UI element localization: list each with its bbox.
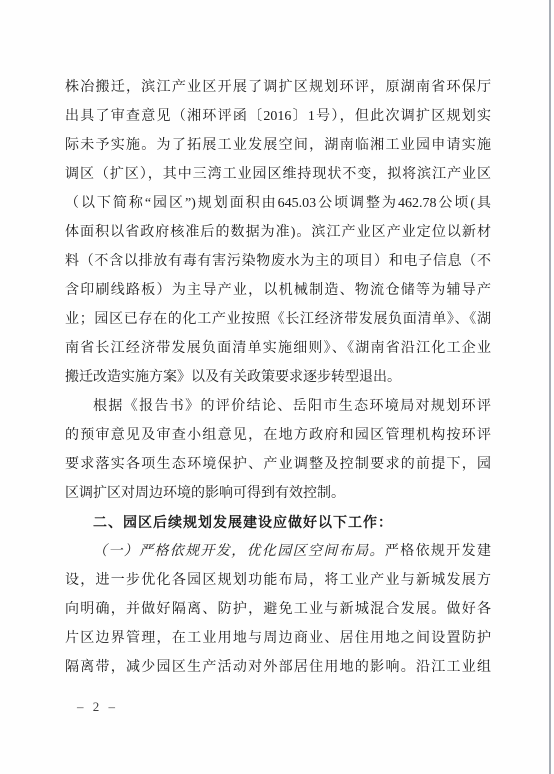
text-line: 株冶搬迁，滨江产业区开展了调扩区规划环评，原湖南省环保厅 xyxy=(65,73,491,102)
text-line: 际未予实施。为了拓展工业发展空间，湖南临湘工业园申请实施 xyxy=(65,131,491,160)
text-line: 设，进一步优化各园区规划功能布局，将工业产业与新城发展方 xyxy=(65,566,491,595)
text-run: 调区（扩区），其中三湾工业园区维持现状不变，拟将滨江产业区 xyxy=(65,167,491,182)
text-run: 的预审意见及审查小组意见，在地方政府和园区管理机构按环评 xyxy=(65,428,491,443)
text-run: 二、园区后续规划发展建设应做好以下工作： xyxy=(93,514,393,530)
section-heading: 二、园区后续规划发展建设应做好以下工作： xyxy=(65,508,491,537)
text-line: 业；园区已存在的化工产业按照《长江经济带发展负面清单》、《湖 xyxy=(65,305,491,334)
text-line: （一）严格依规开发，优化园区空间布局。严格依规开发建 xyxy=(65,537,491,566)
text-line: 含印刷线路板）为主导产业，以机械制造、物流仓储等为辅导产 xyxy=(65,276,491,305)
text-run: （以下简称“园区”)规划面积由645.03公顷调整为462.78公顷(具 xyxy=(65,196,491,211)
text-line: 隔离带，减少园区生产活动对外部居住用地的影响。沿江工业组 xyxy=(65,653,491,682)
text-line: 片区边界管理，在工业用地与周边商业、居住用地之间设置防护 xyxy=(65,624,491,653)
text-line: 体面积以省政府核准后的数据为准)。滨江产业区产业定位以新材 xyxy=(65,218,491,247)
text-run: 业；园区已存在的化工产业按照《长江经济带发展负面清单》、《湖 xyxy=(65,312,491,327)
text-run: 设，进一步优化各园区规划功能布局，将工业产业与新城发展方 xyxy=(65,573,491,588)
text-run: 含印刷线路板）为主导产业，以机械制造、物流仓储等为辅导产 xyxy=(65,283,491,298)
text-line: （以下简称“园区”)规划面积由645.03公顷调整为462.78公顷(具 xyxy=(65,189,491,218)
text-run: 区调扩区对周边环境的影响可得到有效控制。 xyxy=(65,486,345,501)
text-run: 际未予实施。为了拓展工业发展空间，湖南临湘工业园申请实施 xyxy=(65,138,491,153)
text-run: 根据《报告书》的评价结论、岳阳市生态环境局对规划环评 xyxy=(93,399,491,414)
text-run: 株冶搬迁，滨江产业区开展了调扩区规划环评，原湖南省环保厅 xyxy=(65,80,491,95)
text-line: 搬迁改造实施方案》以及有关政策要求逐步转型退出。 xyxy=(65,363,491,392)
document-page: 株冶搬迁，滨江产业区开展了调扩区规划环评，原湖南省环保厅出具了审查意见（湘环评函… xyxy=(0,0,554,774)
text-line: 南省长江经济带发展负面清单实施细则》、《湖南省沿江化工企业 xyxy=(65,334,491,363)
text-run: 要求落实各项生态环境保护、产业调整及控制要求的前提下，园 xyxy=(65,457,491,472)
text-run: 料（不含以排放有毒有害污染物废水为主的项目）和电子信息（不 xyxy=(65,254,491,269)
text-line: 区调扩区对周边环境的影响可得到有效控制。 xyxy=(65,479,491,508)
text-line: 的预审意见及审查小组意见，在地方政府和园区管理机构按环评 xyxy=(65,421,491,450)
text-run: 出具了审查意见（湘环评函〔2016〕1号），但此次调扩区规划实 xyxy=(65,109,491,124)
text-run: 隔离带，减少园区生产活动对外部居住用地的影响。沿江工业组 xyxy=(65,660,491,675)
text-run: 向明确，并做好隔离、防护，避免工业与新城混合发展。做好各 xyxy=(65,602,491,617)
text-run: 体面积以省政府核准后的数据为准)。滨江产业区产业定位以新材 xyxy=(65,225,491,240)
page-number: – 2 – xyxy=(77,698,118,716)
text-run: 严格依规开发建 xyxy=(385,544,491,559)
text-line: 出具了审查意见（湘环评函〔2016〕1号），但此次调扩区规划实 xyxy=(65,102,491,131)
text-run: 片区边界管理，在工业用地与周边商业、居住用地之间设置防护 xyxy=(65,631,491,646)
text-run: （一）严格依规开发，优化园区空间布局。 xyxy=(93,544,385,559)
text-line: 调区（扩区），其中三湾工业园区维持现状不变，拟将滨江产业区 xyxy=(65,160,491,189)
text-run: 南省长江经济带发展负面清单实施细则》、《湖南省沿江化工企业 xyxy=(65,341,491,356)
text-run: 搬迁改造实施方案》以及有关政策要求逐步转型退出。 xyxy=(65,370,401,385)
scan-edge-line xyxy=(549,0,551,774)
text-line: 料（不含以排放有毒有害污染物废水为主的项目）和电子信息（不 xyxy=(65,247,491,276)
document-body: 株冶搬迁，滨江产业区开展了调扩区规划环评，原湖南省环保厅出具了审查意见（湘环评函… xyxy=(65,73,491,682)
text-line: 要求落实各项生态环境保护、产业调整及控制要求的前提下，园 xyxy=(65,450,491,479)
text-line: 向明确，并做好隔离、防护，避免工业与新城混合发展。做好各 xyxy=(65,595,491,624)
text-line: 根据《报告书》的评价结论、岳阳市生态环境局对规划环评 xyxy=(65,392,491,421)
